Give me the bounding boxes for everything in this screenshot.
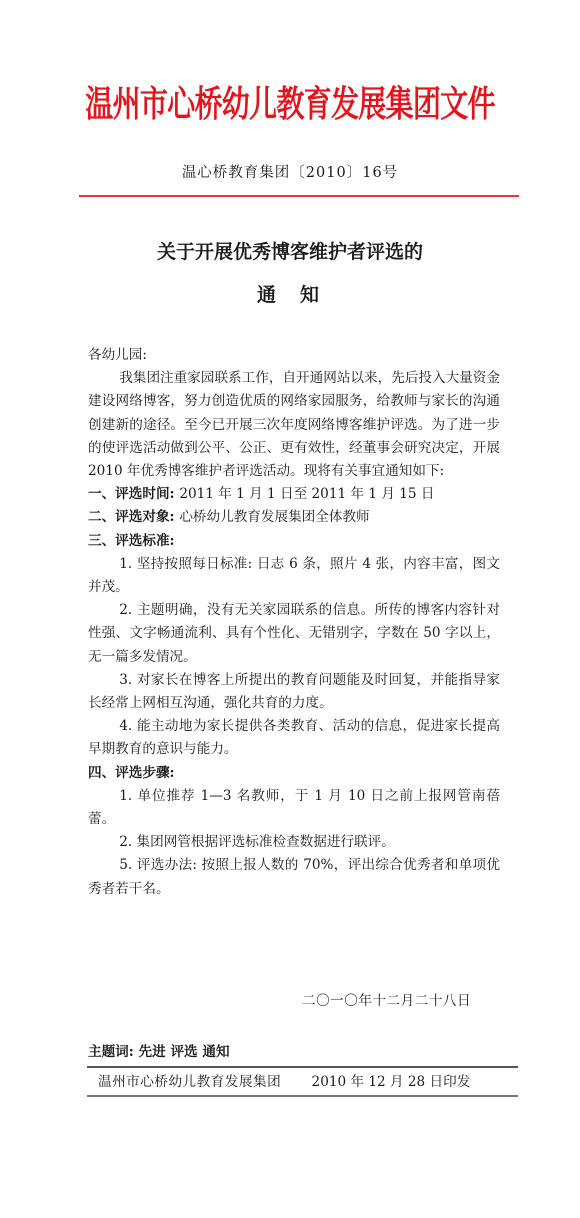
criteria-item: 2. 主题明确，没有无关家园联系的信息。所传的博客内容针对性强、文字畅通流利、具… bbox=[88, 599, 500, 669]
footer-top-rule bbox=[87, 1066, 518, 1068]
keywords-line: 主题词: 先进 评选 通知 bbox=[88, 1041, 230, 1063]
notice-title: 关于开展优秀博客维护者评选的 bbox=[0, 237, 580, 267]
criteria-item: 3. 对家长在博客上所提出的教育问题能及时回复，并能指导家长经常上网相互沟通，强… bbox=[88, 669, 500, 715]
criteria-item: 4. 能主动地为家长提供各类教育、活动的信息，促进家长提高早期教育的意识与能力。 bbox=[88, 715, 500, 761]
step-item: 1. 单位推荐 1—3 名教师，于 1 月 10 日之前上报网管南蓓蕾。 bbox=[88, 785, 500, 831]
keywords-label: 主题词: bbox=[88, 1044, 134, 1060]
keywords-value: 先进 评选 通知 bbox=[139, 1044, 230, 1060]
section-label: 一、评选时间: bbox=[88, 486, 175, 502]
document-number: 温心桥教育集团〔2010〕16号 bbox=[0, 162, 580, 184]
section-label: 三、评选标准: bbox=[88, 533, 175, 549]
red-divider-line bbox=[79, 195, 519, 197]
document-red-header-title: 温州市心桥幼儿教育发展集团文件 bbox=[64, 76, 516, 132]
notice-subtitle: 通知 bbox=[0, 280, 580, 310]
section-criteria: 三、评选标准: bbox=[88, 530, 500, 553]
footer-bottom-rule bbox=[87, 1095, 518, 1097]
intro-paragraph: 我集团注重家园联系工作，自开通网站以来，先后投入大量资金建设网络博客，努力创造优… bbox=[88, 367, 500, 483]
footer-print-line: 温州市心桥幼儿教育发展集团 2010 年 12 月 28 日印发 bbox=[98, 1071, 518, 1093]
publisher: 温州市心桥幼儿教育发展集团 bbox=[98, 1074, 281, 1090]
section-label: 二、评选对象: bbox=[88, 509, 175, 525]
criteria-item: 1. 坚持按照每日标准: 日志 6 条，照片 4 张，内容丰富，图文并茂。 bbox=[88, 553, 500, 599]
document-body: 各幼儿园: 我集团注重家园联系工作，自开通网站以来，先后投入大量资金建设网络博客… bbox=[88, 344, 500, 901]
salutation: 各幼儿园: bbox=[88, 344, 500, 367]
section-value: 2011 年 1 月 1 日至 2011 年 1 月 15 日 bbox=[179, 486, 434, 502]
section-time: 一、评选时间: 2011 年 1 月 1 日至 2011 年 1 月 15 日 bbox=[88, 483, 500, 506]
section-value: 心桥幼儿教育发展集团全体教师 bbox=[179, 509, 369, 525]
signature-date: 二〇一〇年十二月二十八日 bbox=[302, 990, 522, 1012]
step-item: 2. 集团网管根据评选标准检查数据进行联评。 bbox=[88, 831, 500, 854]
section-target: 二、评选对象: 心桥幼儿教育发展集团全体教师 bbox=[88, 506, 500, 529]
print-date: 2010 年 12 月 28 日印发 bbox=[312, 1074, 471, 1090]
section-steps: 四、评选步骤: bbox=[88, 762, 500, 785]
step-item: 5. 评选办法: 按照上报人数的 70%，评出综合优秀者和单项优秀者若干名。 bbox=[88, 854, 500, 900]
